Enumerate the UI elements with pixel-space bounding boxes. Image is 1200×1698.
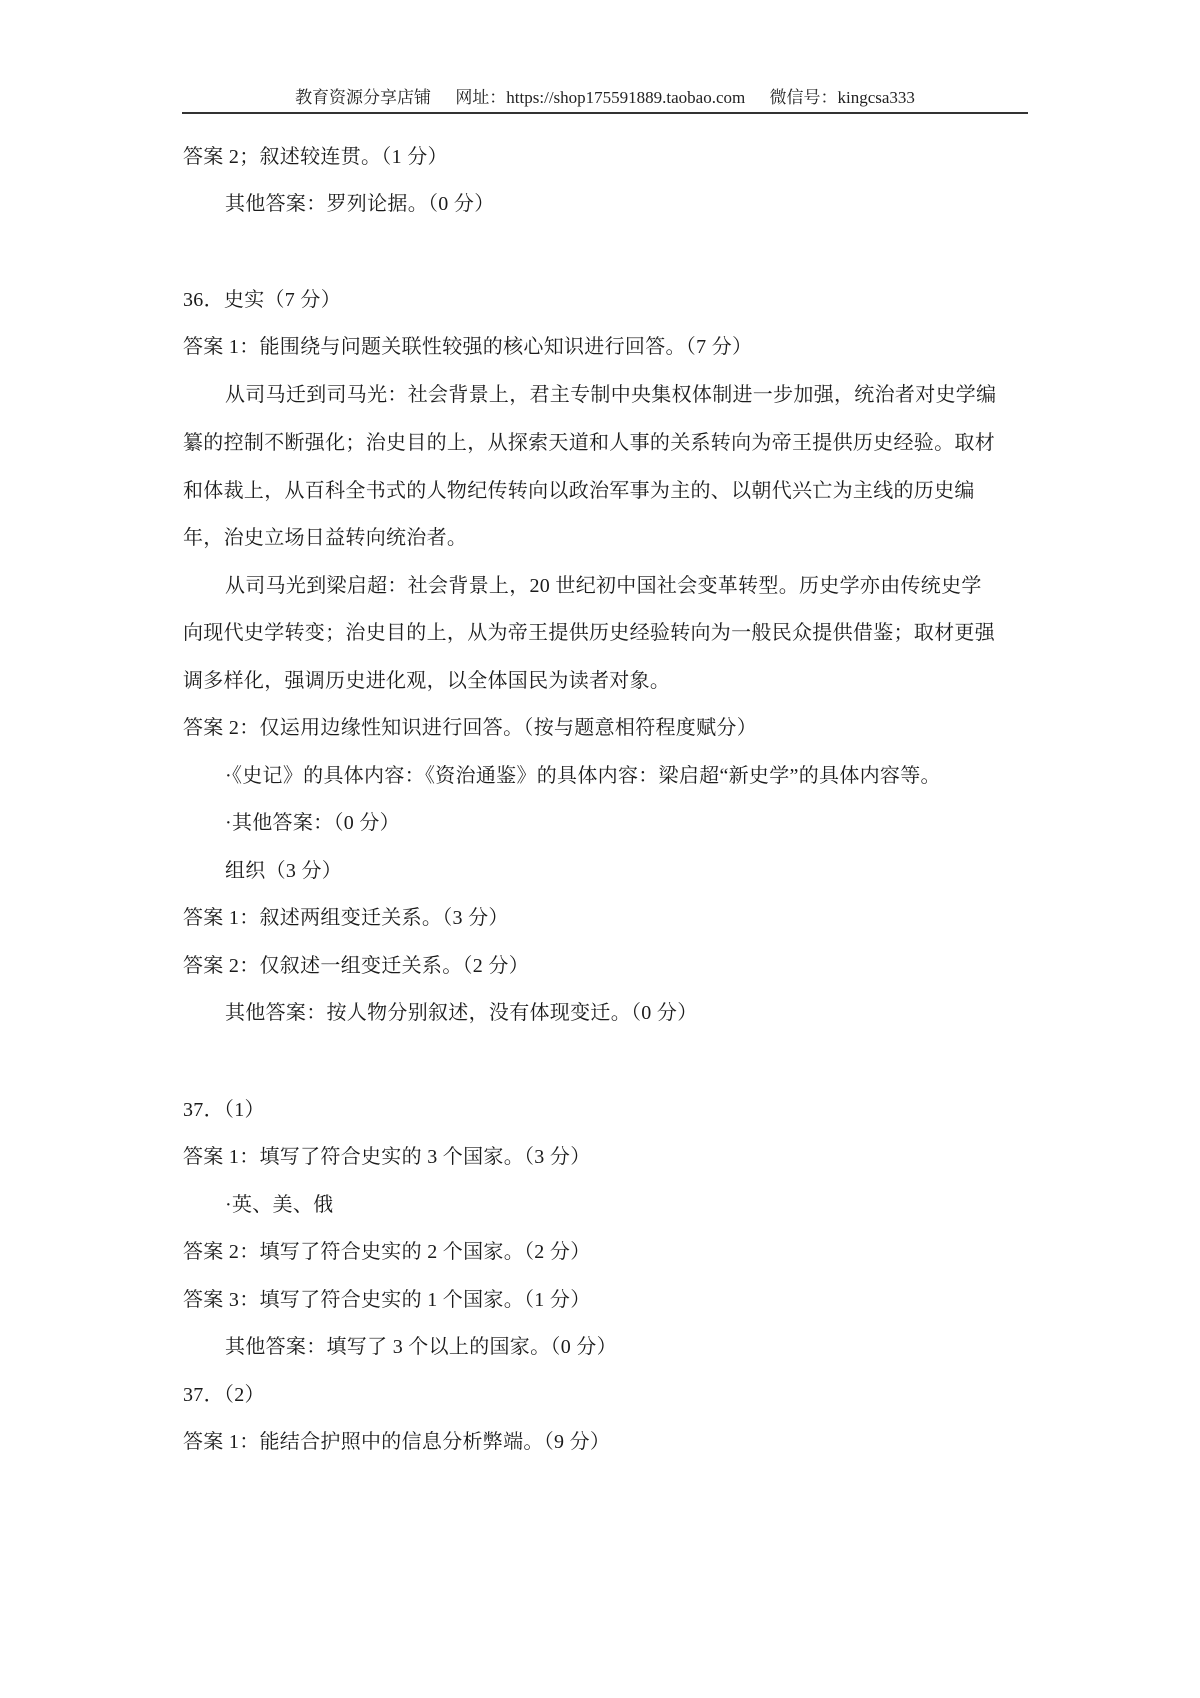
text-line: 纂的控制不断强化；治史目的上，从探索天道和人事的关系转向为帝王提供历史经验。取材: [183, 431, 995, 455]
text-line: 答案 2：仅叙述一组变迁关系。（2 分）: [183, 954, 529, 978]
text-line: 答案 2：填写了符合史实的 2 个国家。（2 分）: [183, 1240, 591, 1264]
text-line: 年，治史立场日益转向统治者。: [183, 526, 467, 550]
header-wechat: 微信号：kingcsa333: [770, 88, 915, 107]
text-line: 从司马光到梁启超：社会背景上，20 世纪初中国社会变革转型。历史学亦由传统史学: [225, 574, 982, 598]
text-line: 组织（3 分）: [225, 859, 342, 883]
text-line: 答案 2：仅运用边缘性知识进行回答。（按与题意相符程度赋分）: [183, 716, 757, 740]
text-line: 37．（1）: [183, 1098, 265, 1122]
text-line: ·英、美、俄: [225, 1193, 333, 1217]
text-line: 调多样化，强调历史进化观，以全体国民为读者对象。: [183, 669, 670, 693]
text-line: 36．史实（7 分）: [183, 288, 341, 312]
text-line: 答案 1：能结合护照中的信息分析弊端。（9 分）: [183, 1430, 610, 1454]
text-line: 其他答案：按人物分别叙述，没有体现变迁。（0 分）: [225, 1001, 698, 1025]
text-line: 答案 1：叙述两组变迁关系。（3 分）: [183, 906, 509, 930]
text-line: 从司马迁到司马光：社会背景上，君主专制中央集权体制进一步加强，统治者对史学编: [225, 383, 996, 407]
text-line: 答案 3：填写了符合史实的 1 个国家。（1 分）: [183, 1288, 591, 1312]
page-header: 教育资源分享店铺 网址：https://shop175591889.taobao…: [182, 84, 1028, 114]
text-line: 答案 2；叙述较连贯。（1 分）: [183, 145, 448, 169]
text-line: 答案 1：能围绕与问题关联性较强的核心知识进行回答。（7 分）: [183, 335, 752, 359]
text-line: ·其他答案：（0 分）: [225, 811, 400, 835]
text-line: 37．（2）: [183, 1383, 265, 1407]
header-shop-name: 教育资源分享店铺: [295, 88, 431, 107]
text-line: 答案 1：填写了符合史实的 3 个国家。（3 分）: [183, 1145, 591, 1169]
text-line: ·《史记》的具体内容：《资治通鉴》的具体内容：梁启超“新史学”的具体内容等。: [225, 764, 941, 788]
text-line: 其他答案：罗列论据。（0 分）: [225, 192, 495, 216]
header-url: 网址：https://shop175591889.taobao.com: [455, 88, 745, 107]
text-line: 向现代史学转变；治史目的上，从为帝王提供历史经验转向为一般民众提供借鉴；取材更强: [183, 621, 995, 645]
text-line: 其他答案：填写了 3 个以上的国家。（0 分）: [225, 1335, 617, 1359]
text-line: 和体裁上，从百科全书式的人物纪传转向以政治军事为主的、以朝代兴亡为主线的历史编: [183, 479, 975, 503]
